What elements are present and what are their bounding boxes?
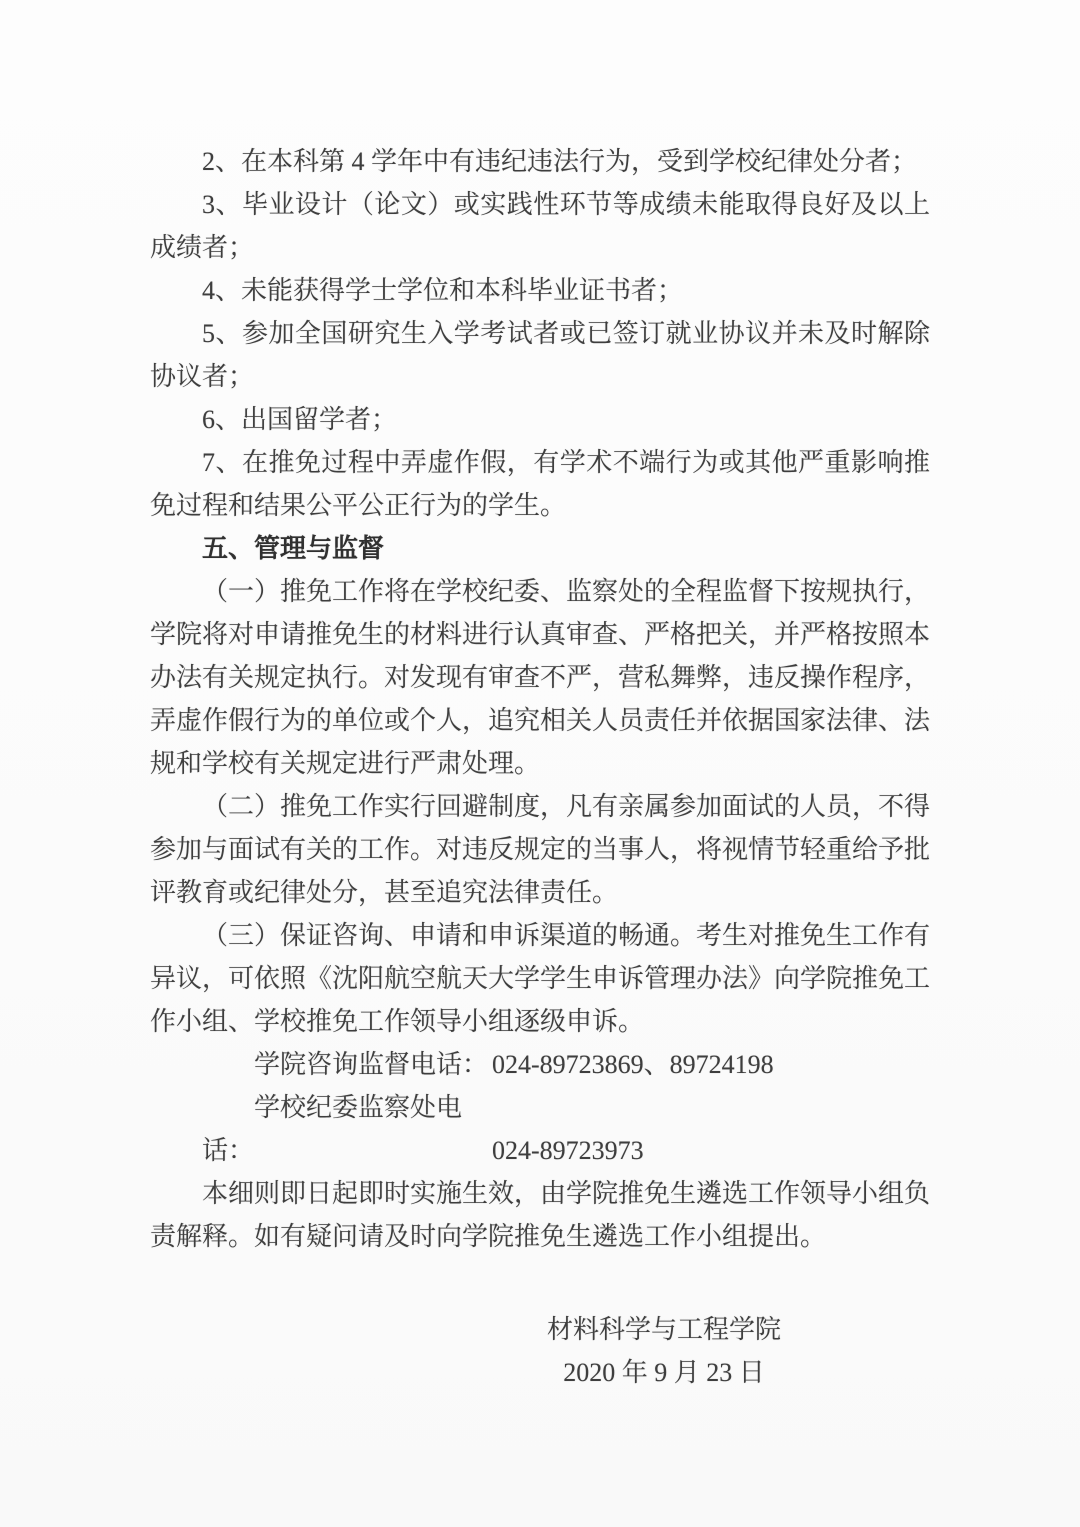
phone-row-college: 学院咨询监督电话：024-89723869、89724198: [150, 1043, 930, 1086]
phone-number-discipline: 024-89723973: [492, 1136, 644, 1165]
paragraph-appeal: （三）保证咨询、申请和申诉渠道的畅通。考生对推免生工作有异议，可依照《沈阳航空航…: [150, 914, 930, 1043]
paragraph-recusal: （二）推免工作实行回避制度，凡有亲属参加面试的人员，不得参加与面试有关的工作。对…: [150, 785, 930, 914]
numbered-item-2: 2、在本科第 4 学年中有违纪违法行为，受到学校纪律处分者；: [150, 140, 930, 183]
signature-org: 材料科学与工程学院: [544, 1308, 784, 1351]
document-page: 2、在本科第 4 学年中有违纪违法行为，受到学校纪律处分者； 3、毕业设计（论文…: [0, 0, 1080, 1527]
signature-block: 材料科学与工程学院 2020 年 9 月 23 日: [544, 1308, 784, 1394]
section-heading: 五、管理与监督: [150, 527, 930, 570]
closing-paragraph: 本细则即日起即时实施生效，由学院推免生遴选工作领导小组负责解释。如有疑问请及时向…: [150, 1172, 930, 1258]
phone-number-college: 024-89723869、89724198: [492, 1050, 774, 1079]
numbered-item-6: 6、出国留学者；: [150, 398, 930, 441]
numbered-item-4: 4、未能获得学士学位和本科毕业证书者；: [150, 269, 930, 312]
numbered-item-3: 3、毕业设计（论文）或实践性环节等成绩未能取得良好及以上成绩者；: [150, 183, 930, 269]
numbered-item-5: 5、参加全国研究生入学考试者或已签订就业协议并未及时解除协议者；: [150, 312, 930, 398]
paragraph-supervision: （一）推免工作将在学校纪委、监察处的全程监督下按规执行，学院将对申请推免生的材料…: [150, 570, 930, 785]
phone-row-discipline: 学校纪委监察处电话：024-89723973: [150, 1086, 930, 1172]
phone-label-discipline: 学校纪委监察处电话：: [202, 1086, 492, 1172]
signature-date: 2020 年 9 月 23 日: [544, 1351, 784, 1394]
phone-label-college: 学院咨询监督电话：: [202, 1043, 492, 1086]
numbered-item-7: 7、在推免过程中弄虚作假，有学术不端行为或其他严重影响推免过程和结果公平公正行为…: [150, 441, 930, 527]
